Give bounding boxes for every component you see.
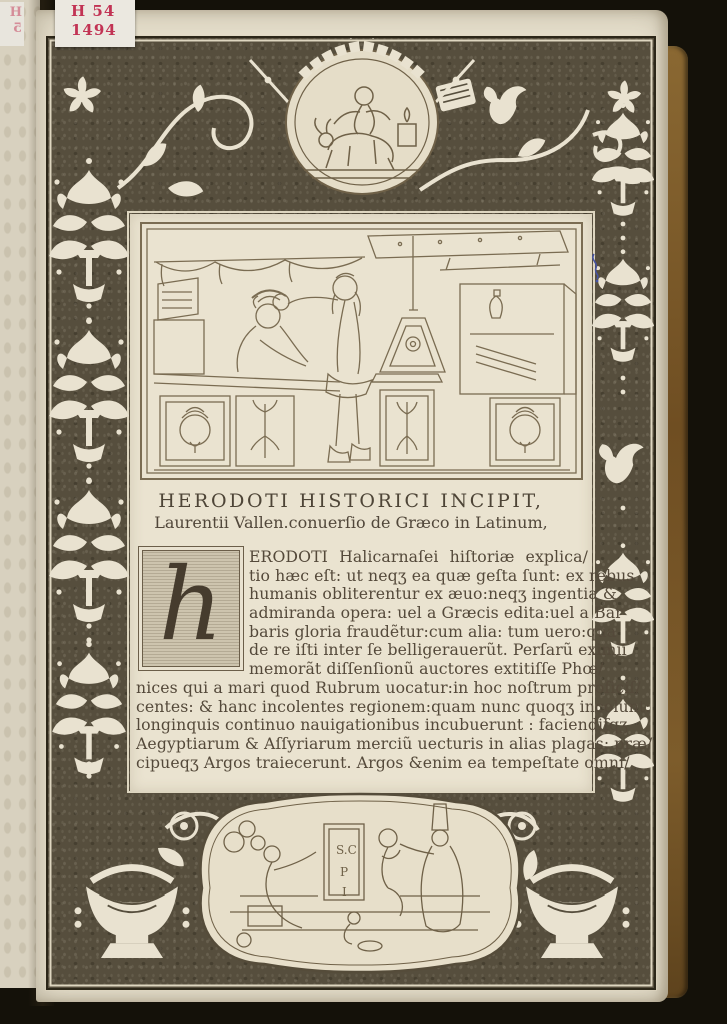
body-line: memorãt diſſenſionũ auctores extitiſſe P…	[136, 660, 588, 679]
text-panel: HERODOTI HISTORICI INCIPIT, Laurentii Va…	[130, 214, 592, 792]
body-line: nices qui a mari quod Rubrum uocatur:in …	[136, 679, 588, 698]
page-title: HERODOTI HISTORICI INCIPIT,	[130, 490, 572, 512]
urn-ornament	[514, 868, 629, 958]
bird-icon	[484, 86, 527, 124]
body-line: admiranda opera: uel a Græcis edita:uel …	[136, 604, 588, 623]
woodcut-border: S.C P I	[48, 38, 654, 988]
svg-text:P: P	[340, 865, 348, 879]
shelfmark-line2: 1494	[71, 21, 135, 40]
svg-text:S.C: S.C	[336, 843, 357, 857]
body-line: centes: & hanc incolentes regionem:quam …	[136, 698, 588, 717]
body-line: tio hæc eſt: ut neqʒ ea quæ geſta ſunt: …	[136, 567, 588, 586]
body-line: baris gloria fraudẽtur:cum alia: tum uer…	[136, 623, 588, 642]
body-line: longinquis continuo nauigationibus incub…	[136, 716, 588, 735]
photographed-book-page: S.C P I	[0, 0, 727, 1024]
mirrored-shelfmark-ghost: H 5	[0, 2, 24, 46]
svg-text:I: I	[342, 885, 347, 899]
body-line: Aegyptiarum & Aſſyriarum merciũ uecturis…	[136, 735, 588, 754]
border-left-band	[49, 158, 129, 779]
body-line: ERODOTI Halicarnaſei hiſtoriæ explica/	[136, 548, 588, 567]
peacock-icon	[599, 444, 644, 484]
body-text: ERODOTI Halicarnaſei hiſtoriæ explica/ t…	[136, 548, 588, 772]
incipit-title: HERODOTI HISTORICI INCIPIT,	[158, 490, 543, 512]
border-bottom-band: S.C P I	[74, 794, 629, 972]
body-line: humanis obliterentur ex æuo:neqʒ ingenti…	[136, 585, 588, 604]
shelfmark-line1: H 54	[71, 2, 135, 21]
urn-ornament	[74, 868, 189, 958]
body-line: cipueqʒ Argos traiecerunt. Argos &enim e…	[136, 754, 588, 773]
body-line: de re iſti inter ſe belligerauerũt. Perſ…	[136, 641, 588, 660]
translator-subtitle: Laurentii Vallen.conuerſio de Græco in L…	[130, 513, 572, 532]
shelfmark-slip: H 54 1494	[55, 0, 135, 47]
border-cartouche-vignette: S.C P I	[201, 794, 520, 972]
ink-annotation-mark	[588, 252, 604, 284]
border-medallion-goat-rider	[250, 38, 474, 194]
study-scene-woodcut	[140, 222, 583, 480]
border-top-band	[62, 38, 643, 203]
